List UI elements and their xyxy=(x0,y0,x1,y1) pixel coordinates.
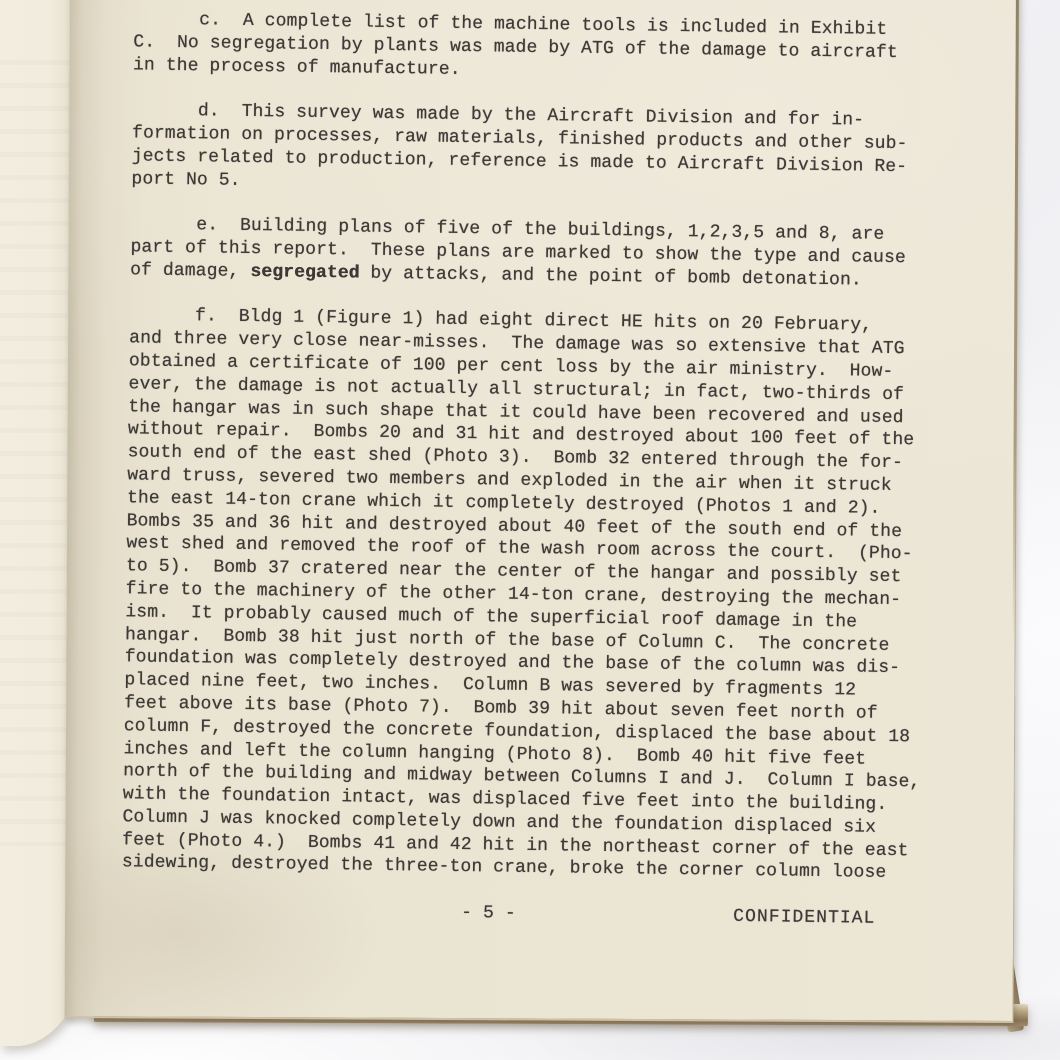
paragraph-d: d. This survey was made by the Aircraft … xyxy=(131,100,968,203)
classification-stamp: CONFIDENTIAL xyxy=(733,906,876,931)
paragraph-f: f. Bldg 1 (Figure 1) had eight direct HE… xyxy=(122,305,966,887)
paragraph-e-text-after: by attacks, and the point of bomb detona… xyxy=(359,263,862,290)
page-number: - 5 - xyxy=(461,902,516,926)
page-footer: - 5 - CONFIDENTIAL xyxy=(121,897,957,932)
overstruck-word: segregated xyxy=(250,262,359,284)
typewritten-text: c. A complete list of the machine tools … xyxy=(121,8,970,932)
book-photo: c. A complete list of the machine tools … xyxy=(0,0,1060,1060)
paragraph-c: c. A complete list of the machine tools … xyxy=(133,8,970,88)
paragraph-e: e. Building plans of five of the buildin… xyxy=(130,213,967,293)
document-page: c. A complete list of the machine tools … xyxy=(65,0,1019,1023)
